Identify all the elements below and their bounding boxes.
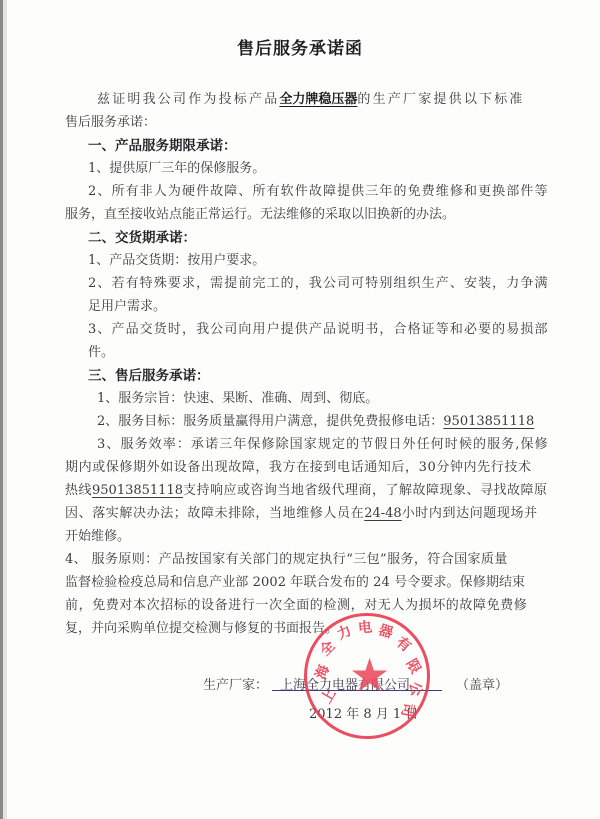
section-2-line-4: 3、产品交货时，我公司向用户提供产品说明书，合格证等和必要的易损部 xyxy=(88,322,549,338)
section-1-line-3: 服务，直至接收站点能正常运行。无法维修的采取以旧换新的办法。 xyxy=(65,207,455,223)
response-hours: 24-48 xyxy=(364,506,401,521)
section-3-line-4: 期内或保修期外如设备出现故障，我方在接到电话通知后，30分钟内先行技术 xyxy=(65,460,532,476)
section-2-line-1: 1、产品交货期：按用户要求。 xyxy=(88,253,265,269)
intro-suffix: 的生产厂家提供以下标准 xyxy=(357,92,524,107)
product-name: 全力牌稳压器 xyxy=(279,92,357,107)
section-3-heading: 三、售后服务承诺： xyxy=(88,368,210,384)
intro-continuation: 售后服务承诺： xyxy=(65,115,156,131)
section-3-line-7: 开始维修。 xyxy=(65,529,130,545)
section-3-line-9: 监督检验检疫总局和信息产业部 2002 年联合发布的 24 号令要求。保修期结束 xyxy=(65,575,525,591)
section-3-line-6: 因、落实解决办法；故障未排除，当地维修人员在24-48小时内到达问题现场并 xyxy=(65,506,538,522)
section-1-heading: 一、产品服务期限承诺： xyxy=(88,138,237,154)
section-3-line-10: 前，免费对本次招标的设备进行一次全面的检测，对无人为损坏的故障免费修 xyxy=(65,598,527,614)
company-seal: ★ 上 海 全 力 电 器 有 限 公 司 xyxy=(304,613,430,739)
hotline-prefix: 热线 xyxy=(65,483,92,498)
section-2-line-2: 2、若有特殊要求，需提前完工的，我公司可特别组织生产、安装，力争满 xyxy=(88,276,549,292)
seal-char: 公 xyxy=(405,680,427,697)
section-2-line-3: 足用户需求。 xyxy=(88,299,166,315)
seal-char: 有 xyxy=(392,632,415,656)
scan-edge-shadow xyxy=(3,0,7,819)
seal-char: 器 xyxy=(376,619,395,642)
onsite-suffix: 小时内到达问题现场并 xyxy=(402,506,538,521)
seal-char: 电 xyxy=(357,616,373,637)
seal-char: 力 xyxy=(333,620,354,644)
star-icon: ★ xyxy=(349,652,390,698)
section-2-heading: 二、交货期承诺： xyxy=(88,230,196,246)
section-1-line-2: 2、所有非人为硬件故障、所有软件故障提供三年的免费维修和更换部件等 xyxy=(88,184,549,200)
hotline-number: 95013851118 xyxy=(443,414,534,429)
section-3-line-2: 2、服务目标：服务质量赢得用户满意，提供免费报修电话：95013851118 xyxy=(97,414,534,430)
seal-char: 限 xyxy=(402,655,426,677)
hotline-suffix: 支持响应或咨询当地省级代理商，了解故障现象、寻找故障原 xyxy=(183,483,548,498)
seal-char: 全 xyxy=(315,636,339,660)
document-title: 售后服务承诺函 xyxy=(0,34,600,59)
intro-line: 兹证明我公司作为投标产品全力牌稳压器的生产厂家提供以下标准 xyxy=(97,92,525,108)
seal-char: 海 xyxy=(310,662,334,682)
intro-prefix: 兹证明我公司作为投标产品 xyxy=(97,92,279,107)
onsite-prefix: 因、落实解决办法；故障未排除，当地维修人员在 xyxy=(65,506,364,521)
section-2-line-5: 件。 xyxy=(88,345,114,361)
seal-char: 司 xyxy=(397,701,419,718)
hotline-number-2: 95013851118 xyxy=(92,483,183,498)
manufacturer-label: 生产厂家： xyxy=(203,678,268,694)
section-3-line-5: 热线95013851118支持响应或咨询当地省级代理商，了解故障现象、寻找故障原 xyxy=(65,483,548,499)
service-goal-text: 2、服务目标：服务质量赢得用户满意，提供免费报修电话： xyxy=(97,414,443,429)
section-3-line-3: 3、服务效率：承诺三年保修除国家规定的节假日外任何时候的服务,保修 xyxy=(97,437,549,453)
seal-char: 上 xyxy=(316,685,340,707)
seal-note: （盖章） xyxy=(456,678,508,694)
section-3-line-1: 1、服务宗旨：快速、果断、准确、周到、彻底。 xyxy=(97,391,378,407)
section-1-line-1: 1、提供原厂三年的保修服务。 xyxy=(88,161,265,177)
section-3-line-8: 4、 服务原则：产品按国家有关部门的规定执行“三包”服务，符合国家质量 xyxy=(65,552,508,568)
section-3-line-11: 复，并向采购单位提交检测与修复的书面报告。 xyxy=(65,621,338,637)
